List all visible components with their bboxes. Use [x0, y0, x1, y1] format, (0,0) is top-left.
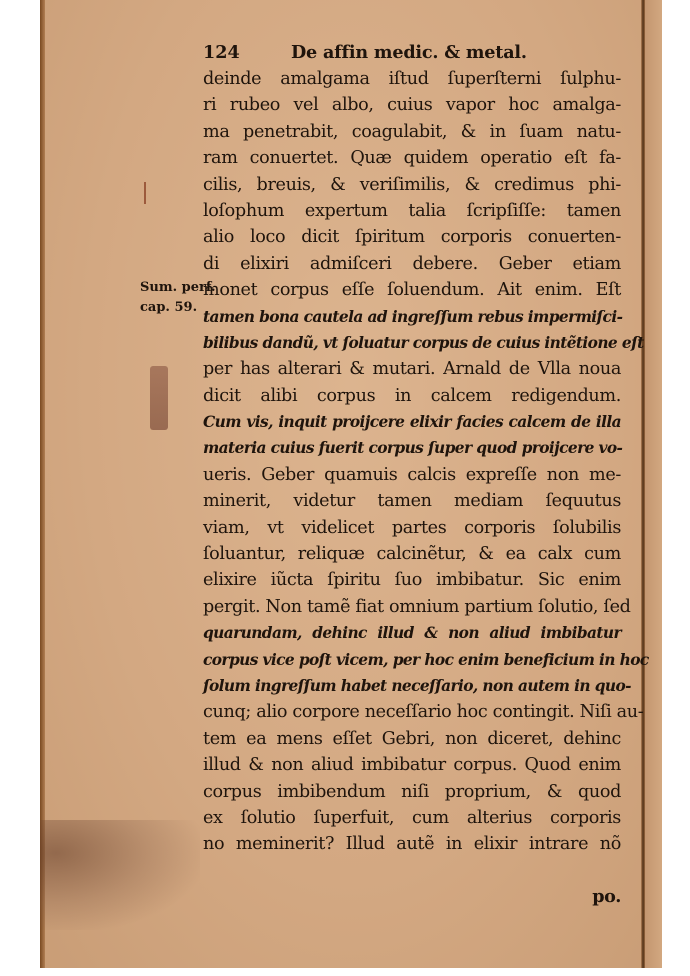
text-line: ueris. Geber quamuis calcis expreſſe non… [203, 462, 621, 488]
margin-brown-stain [150, 366, 168, 430]
facing-page-edge [645, 0, 662, 968]
text-line: cilis, breuis, & veriſimilis, & credimus… [203, 172, 621, 198]
text-line: minerit, videtur tamen mediam ſequutus [203, 488, 621, 514]
text-line: per has alterari & mutari. Arnald de Vll… [203, 356, 621, 382]
text-line: ma penetrabit, coagulabit, & in ſuam nat… [203, 119, 621, 145]
text-line: corpus vice poſt vicem, per hoc enim ben… [203, 647, 621, 673]
text-line: elixire iũcta ſpiritu ſuo imbibatur. Sic… [203, 567, 621, 593]
text-line: di elixiri admiſceri debere. Geber etiam [203, 251, 621, 277]
running-header: 124 De affin medic. & metal. [203, 40, 621, 66]
margin-ink-mark [144, 182, 146, 204]
text-line: quarundam, dehinc illud & non aliud imbi… [203, 620, 621, 646]
running-head-title: De affin medic. & metal. [291, 40, 527, 66]
text-line: tamen bona cautela ad ingreſſum rebus im… [203, 304, 621, 330]
text-line: ſolum ingreſſum habet neceſſario, non au… [203, 673, 621, 699]
text-line: Cum vis, inquit proijcere elixir facies … [203, 409, 621, 435]
text-line: ram conuertet. Quæ quidem operatio eſt f… [203, 145, 621, 171]
text-line: monet corpus eſſe ſoluendum. Ait enim. E… [203, 277, 621, 303]
text-line: dicit alibi corpus in calcem redigendum. [203, 383, 621, 409]
water-stain [40, 820, 200, 930]
text-line: corpus imbibendum niſi proprium, & quod [203, 779, 621, 805]
page-number: 124 [203, 40, 291, 66]
text-line: ſoluantur, reliquæ calcinẽtur, & ea calx… [203, 541, 621, 567]
text-line: cunq; alio corpore neceſſario hoc contin… [203, 699, 621, 725]
text-line: tem ea mens eſſet Gebri, non diceret, de… [203, 726, 621, 752]
text-line: ex ſolutio ſuperfuit, cum alterius corpo… [203, 805, 621, 831]
text-line: viam, vt videlicet partes corporis ſolub… [203, 515, 621, 541]
book-page: Sum. perf. cap. 59. 124 De affin medic. … [40, 0, 662, 968]
text-line: pergit. Non tamẽ fiat omnium partium ſol… [203, 594, 621, 620]
text-line: bilibus dandũ, vt ſoluatur corpus de cui… [203, 330, 621, 356]
body-lines: deinde amalgama iſtud ſuperſterni ſulphu… [203, 66, 621, 858]
text-line: loſophum expertum talia ſcripſiſſe: tame… [203, 198, 621, 224]
text-line: illud & non aliud imbibatur corpus. Quod… [203, 752, 621, 778]
text-line: deinde amalgama iſtud ſuperſterni ſulphu… [203, 66, 621, 92]
text-line: alio loco dicit ſpiritum corporis conuer… [203, 224, 621, 250]
text-block: 124 De affin medic. & metal. deinde amal… [203, 40, 621, 910]
catchword: po. [203, 884, 621, 910]
text-line: materia cuius fuerit corpus ſuper quod p… [203, 435, 621, 461]
text-line: no meminerit? Illud autẽ in elixir intra… [203, 831, 621, 857]
text-line: ri rubeo vel albo, cuius vapor hoc amalg… [203, 92, 621, 118]
